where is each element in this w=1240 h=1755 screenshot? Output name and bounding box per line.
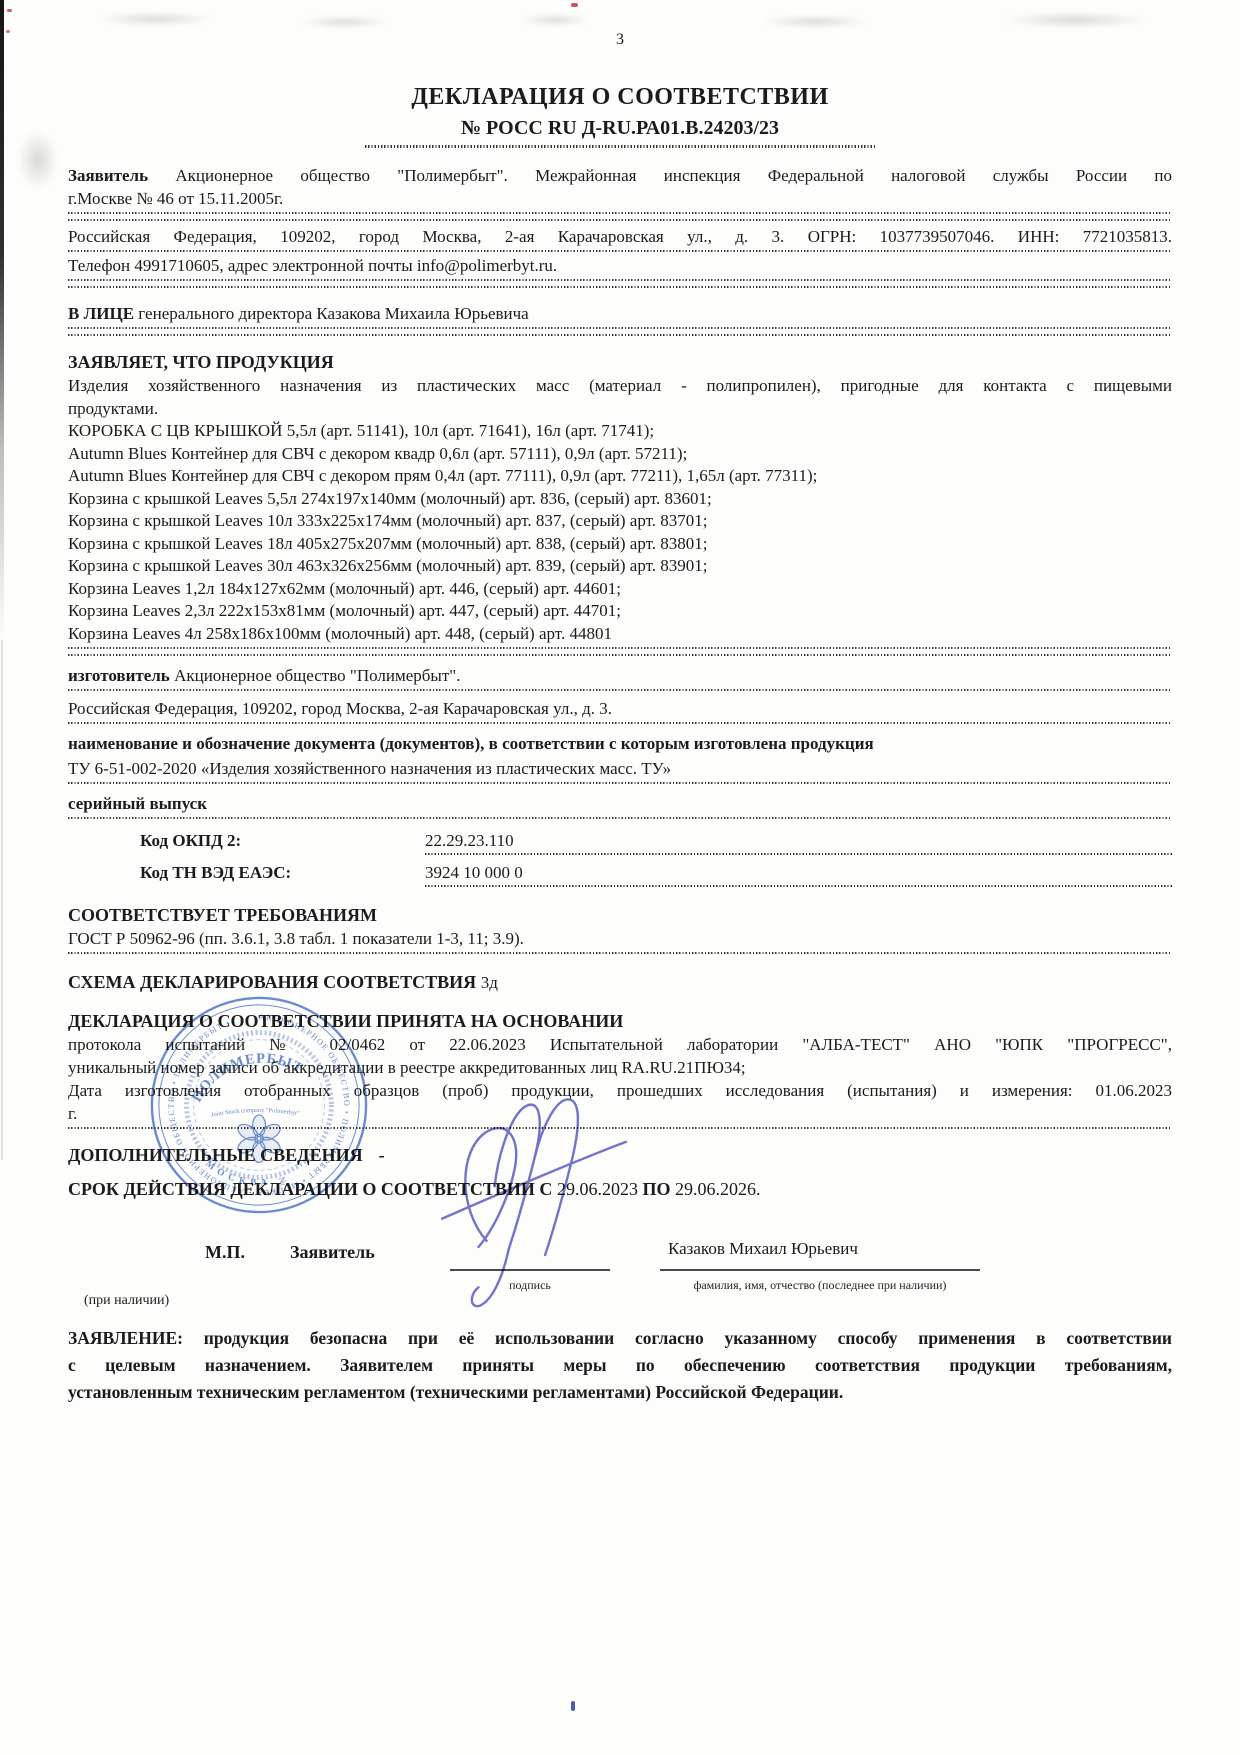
product-item: Autumn Blues Контейнер для СВЧ с декором… [68,443,1172,466]
okpd-value: 22.29.23.110 [425,829,1172,855]
compliance-heading: СООТВЕТСТВУЕТ ТРЕБОВАНИЯМ [68,903,1172,927]
scan-smudge [18,130,58,190]
product-item: Корзина Leaves 2,3л 222х153х81мм (молочн… [68,600,1172,623]
document-basis-heading: наименование и обозначение документа (до… [68,732,1172,755]
scan-edge-artifact [0,0,4,640]
statement-line2: с целевым назначением. Заявителем принят… [68,1352,1172,1379]
field-applicant: Заявитель Акционерное общество "Полимерб… [68,164,1172,221]
product-list: КОРОБКА С ЦВ КРЫШКОЙ 5,5л (арт. 51141), … [68,420,1172,645]
compliance-value: ГОСТ Р 50962-96 (пп. 3.6.1, 3.8 табл. 1 … [68,927,1172,950]
scan-speck-red [571,3,578,7]
statement-line3: установленным техническим регламентом (т… [68,1379,1172,1406]
declaration-document-page: 3 ДЕКЛАРАЦИЯ О СООТВЕТСТВИИ № РОСС RU Д-… [0,0,1240,1755]
serial-release: серийный выпуск [68,792,1172,815]
dotted-rule [68,334,1172,336]
product-description-line1: Изделия хозяйственного назначения из пла… [68,374,1172,397]
dotted-rule [68,654,1172,656]
applicant-phone: Телефон 4991710605, адрес электронной по… [68,254,1172,277]
dotted-rule [365,145,875,148]
field-in-person: В ЛИЦЕ генерального директора Казакова М… [68,302,1172,325]
product-item: Корзина с крышкой Leaves 5,5л 274х197х14… [68,488,1172,511]
document-body: 3 ДЕКЛАРАЦИЯ О СООТВЕТСТВИИ № РОСС RU Д-… [0,0,1240,1406]
scan-edge-artifact [1,640,3,1160]
scan-speck-red [7,9,12,12]
doc-title: ДЕКЛАРАЦИЯ О СООТВЕТСТВИИ [68,83,1172,111]
signature-ink [428,1089,640,1317]
tnved-code-row: Код ТН ВЭД ЕАЭС: 3924 10 000 0 [140,861,1172,887]
scan-smudge [300,16,390,28]
svg-text:АКЦИОНЕРНОЕ ОБЩЕСТВО • ПОЛИМЕР: АКЦИОНЕРНОЕ ОБЩЕСТВО • ПОЛИМЕРБЫТ • МОСК… [167,1013,352,1198]
dotted-rule [68,327,1172,329]
final-statement: ЗАЯВЛЕНИЕ: продукция безопасна при её ис… [68,1325,1172,1406]
page-number: 3 [68,28,1172,51]
statement-line1: ЗАЯВЛЕНИЕ: продукция безопасна при её ис… [68,1325,1172,1352]
scan-smudge [95,12,215,26]
manufacturer-label: изготовитель [68,666,170,685]
dotted-rule [68,250,1172,252]
dotted-rule [68,817,1172,819]
stamp-flower-icon [235,1115,283,1163]
name-line [660,1269,980,1271]
signatory-name: Казаков Михаил Юрьевич [668,1237,858,1260]
name-caption: фамилия, имя, отчество (последнее при на… [660,1274,980,1297]
document-basis-value: ТУ 6-51-002-2020 «Изделия хозяйственного… [68,757,1172,780]
scheme-label: СХЕМА ДЕКЛАРИРОВАНИЯ СООТВЕТСТВИЯ [68,972,476,992]
product-item: Корзина с крышкой Leaves 30л 463х326х256… [68,555,1172,578]
doc-number: № РОСС RU Д-RU.РА01.В.24203/23 [68,115,1172,141]
validity-to-date: 29.06.2026. [675,1179,761,1199]
dotted-rule [68,212,1172,214]
tnved-label: Код ТН ВЭД ЕАЭС: [140,861,425,887]
product-item: Корзина с крышкой Leaves 10л 333х225х174… [68,510,1172,533]
validity-po: ПО [642,1179,670,1199]
if-available-note: (при наличии) [84,1289,169,1312]
statement-label: ЗАЯВЛЕНИЕ: [68,1328,183,1348]
applicant-role-label: Заявитель [290,1241,375,1264]
dotted-rule [68,647,1172,649]
tnved-value: 3924 10 000 0 [425,861,1172,887]
dotted-rule [68,782,1172,784]
signature-block: АКЦИОНЕРНОЕ ОБЩЕСТВО • ПОЛИМЕРБЫТ • МОСК… [68,1203,1172,1309]
applicant-label: Заявитель [68,166,148,185]
scan-smudge [1000,12,1150,28]
scan-smudge [520,14,590,26]
product-item: Корзина с крышкой Leaves 18л 405х275х207… [68,533,1172,556]
dotted-rule [68,952,1172,954]
stamp-place-label: М.П. [205,1241,245,1264]
declares-heading: ЗАЯВЛЯЕТ, ЧТО ПРОДУКЦИЯ [68,350,1172,374]
okpd-label: Код ОКПД 2: [140,829,425,855]
manufacturer-address: Российская Федерация, 109202, город Моск… [68,697,1172,720]
statement-text1: продукция безопасна при её использовании… [204,1328,1172,1348]
manufacturer-name: Акционерное общество "Полимербыт". [174,666,460,685]
product-item: Корзина Leaves 1,2л 184х127х62мм (молочн… [68,578,1172,601]
stamp-ring-text: АКЦИОНЕРНОЕ ОБЩЕСТВО • ПОЛИМЕРБЫТ • МОСК… [167,1013,352,1198]
applicant-address: Российская Федерация, 109202, город Моск… [68,225,1172,248]
dotted-rule [68,722,1172,724]
applicant-line2: г.Москве № 46 от 15.11.2005г. [68,187,1172,210]
dotted-rule [68,219,1172,221]
dotted-rule [68,286,1172,288]
company-stamp: АКЦИОНЕРНОЕ ОБЩЕСТВО • ПОЛИМЕРБЫТ • МОСК… [145,991,373,1219]
dotted-rule [68,279,1172,281]
field-manufacturer: изготовитель Акционерное общество "Полим… [68,664,1172,687]
product-description-line2: продуктами. [68,397,1172,420]
in-person-text: генерального директора Казакова Михаила … [138,304,528,323]
scheme-value: 3д [481,973,498,992]
applicant-line1: Заявитель Акционерное общество "Полимерб… [68,164,1172,187]
dotted-rule [68,689,1172,691]
product-item: КОРОБКА С ЦВ КРЫШКОЙ 5,5л (арт. 51141), … [68,420,1172,443]
scan-speck-red [6,30,10,33]
okpd-code-row: Код ОКПД 2: 22.29.23.110 [140,829,1172,855]
applicant-text: Акционерное общество "Полимербыт". Межра… [175,166,1172,185]
scan-speck-blue [571,1701,575,1711]
additional-value: - [379,1145,385,1165]
scan-smudge [760,15,870,28]
product-item: Корзина Leaves 4л 258х186х100мм (молочны… [68,623,1172,646]
in-person-label: В ЛИЦЕ [68,304,134,323]
product-item: Autumn Blues Контейнер для СВЧ с декором… [68,465,1172,488]
